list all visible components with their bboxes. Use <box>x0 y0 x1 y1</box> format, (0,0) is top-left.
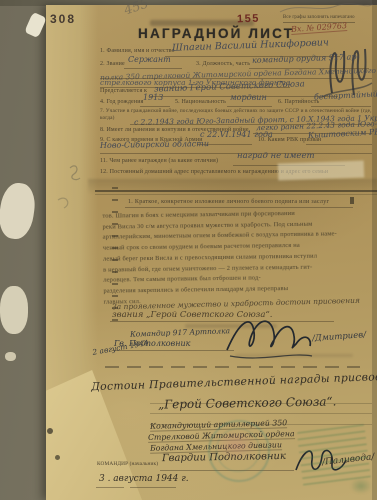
faint-typed-smudge <box>235 354 353 357</box>
torn-paper-patch <box>24 12 47 38</box>
rule <box>311 106 371 107</box>
present-label: Представляется к <box>100 88 147 95</box>
rule <box>140 106 170 107</box>
field5-value: мордвин <box>230 93 267 102</box>
field4-label: 4. Год рождения <box>100 99 143 106</box>
paper-patch-over-address <box>278 161 365 181</box>
resolution-date: 3 . августа 1944 г. <box>99 474 189 484</box>
field4-value: 1913 <box>143 93 163 102</box>
hole-punch <box>47 428 53 434</box>
ink-mark <box>350 197 354 204</box>
citation-header: 1. Краткое, конкретное изложение личного… <box>128 199 329 206</box>
field11-label: 11. Чем ранее награжден (за какие отличи… <box>100 158 218 165</box>
rule <box>150 413 372 414</box>
rule <box>227 106 272 107</box>
page-stamp-number: 308 <box>50 12 76 26</box>
field10-line2: Ново-Сибирской области <box>100 139 209 150</box>
rule <box>95 194 377 195</box>
hole-punch <box>55 455 60 460</box>
torn-paper-patch <box>0 286 28 334</box>
field2-label: 2. Звание <box>100 61 125 68</box>
rule <box>306 144 372 145</box>
rule <box>124 68 182 69</box>
scanned-award-sheet: 308 455 155 Все графы заполнять напечата… <box>0 0 377 500</box>
field3-label: 3. Должность, часть <box>196 61 250 68</box>
pencil-squiggle <box>278 0 375 15</box>
rule <box>100 153 372 154</box>
torn-paper-patch <box>0 181 38 241</box>
commander-signature <box>222 312 317 360</box>
field2-value: Сержант <box>128 55 171 64</box>
section-divider <box>95 190 377 192</box>
sheet-number-stamp: 155 <box>237 13 260 26</box>
torn-paper-patch <box>5 352 16 361</box>
section-divider <box>105 366 360 368</box>
resolution-commander-label: КОМАНДИР (начальник) <box>97 461 158 467</box>
pencil-margin-marks <box>52 160 97 220</box>
pink-stamp-smudge <box>214 430 258 460</box>
rule <box>96 487 124 488</box>
field5-label: 5. Национальность <box>175 99 226 106</box>
citation-text: тов. Шпагин в боях с немецкими захватчик… <box>102 208 338 308</box>
field11-value: наград не имеет <box>237 151 315 161</box>
green-stamp-smudge <box>350 478 372 494</box>
rule <box>130 487 176 488</box>
